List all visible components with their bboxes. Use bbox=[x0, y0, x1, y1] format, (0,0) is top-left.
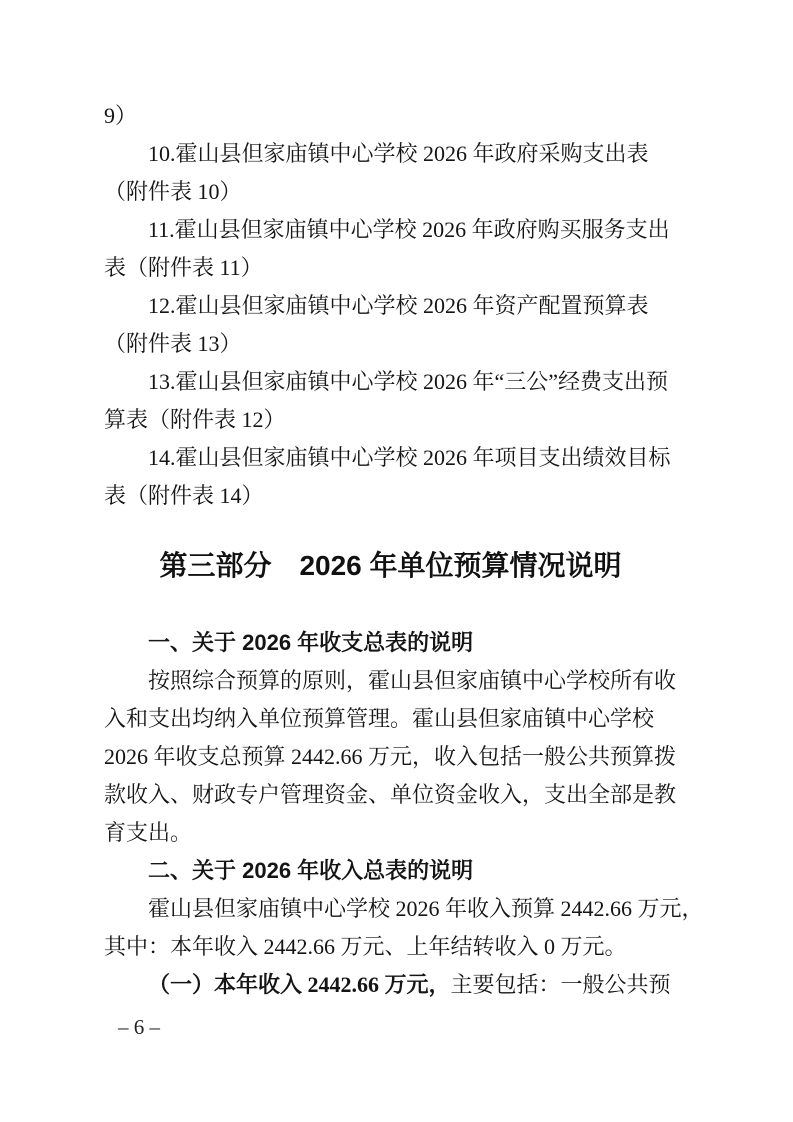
section1-paragraph-line: 育支出。 bbox=[104, 814, 677, 852]
section2-item1-bold-lead: （一）本年收入 2442.66 万元， bbox=[148, 972, 451, 997]
attachment-list-item-10: 10.霍山县但家庙镇中心学校 2026 年政府采购支出表 bbox=[104, 135, 677, 173]
section2-heading: 二、关于 2026 年收入总表的说明 bbox=[104, 852, 677, 890]
section2-item1-rest: 主要包括：一般公共预 bbox=[451, 972, 671, 997]
section1-paragraph-line: 款收入、财政专户管理资金、单位资金收入，支出全部是教 bbox=[104, 776, 677, 814]
part-three-heading: 第三部分 2026 年单位预算情况说明 bbox=[104, 542, 677, 590]
attachment-list-item-13-cont: 算表（附件表 12） bbox=[104, 401, 677, 439]
page-number: – 6 – bbox=[118, 1014, 160, 1040]
section1-paragraph-line: 入和支出均纳入单位预算管理。霍山县但家庙镇中心学校 bbox=[104, 700, 677, 738]
section1-paragraph-line: 按照综合预算的原则，霍山县但家庙镇中心学校所有收 bbox=[104, 662, 677, 700]
attachment-list-line-9-tail: 9） bbox=[104, 97, 677, 135]
section1-heading: 一、关于 2026 年收支总表的说明 bbox=[104, 624, 677, 662]
section1-paragraph-line: 2026 年收支总预算 2442.66 万元，收入包括一般公共预算拨 bbox=[104, 738, 677, 776]
document-page: 9） 10.霍山县但家庙镇中心学校 2026 年政府采购支出表 （附件表 10）… bbox=[0, 0, 793, 1122]
section2-item1-line: （一）本年收入 2442.66 万元，主要包括：一般公共预 bbox=[104, 966, 677, 1004]
attachment-list-item-11-cont: 表（附件表 11） bbox=[104, 249, 677, 287]
attachment-list-item-10-cont: （附件表 10） bbox=[104, 173, 677, 211]
attachment-list-item-12-cont: （附件表 13） bbox=[104, 325, 677, 363]
section2-paragraph-line: 其中：本年收入 2442.66 万元、上年结转收入 0 万元。 bbox=[104, 928, 677, 966]
attachment-list-item-14-cont: 表（附件表 14） bbox=[104, 477, 677, 515]
attachment-list-item-11: 11.霍山县但家庙镇中心学校 2026 年政府购买服务支出 bbox=[104, 211, 677, 249]
attachment-list-item-12: 12.霍山县但家庙镇中心学校 2026 年资产配置预算表 bbox=[104, 287, 677, 325]
page-content: 9） 10.霍山县但家庙镇中心学校 2026 年政府采购支出表 （附件表 10）… bbox=[104, 97, 677, 1004]
attachment-list-item-13: 13.霍山县但家庙镇中心学校 2026 年“三公”经费支出预 bbox=[104, 363, 677, 401]
section2-paragraph-line: 霍山县但家庙镇中心学校 2026 年收入预算 2442.66 万元， bbox=[104, 890, 677, 928]
attachment-list-item-14: 14.霍山县但家庙镇中心学校 2026 年项目支出绩效目标 bbox=[104, 439, 677, 477]
